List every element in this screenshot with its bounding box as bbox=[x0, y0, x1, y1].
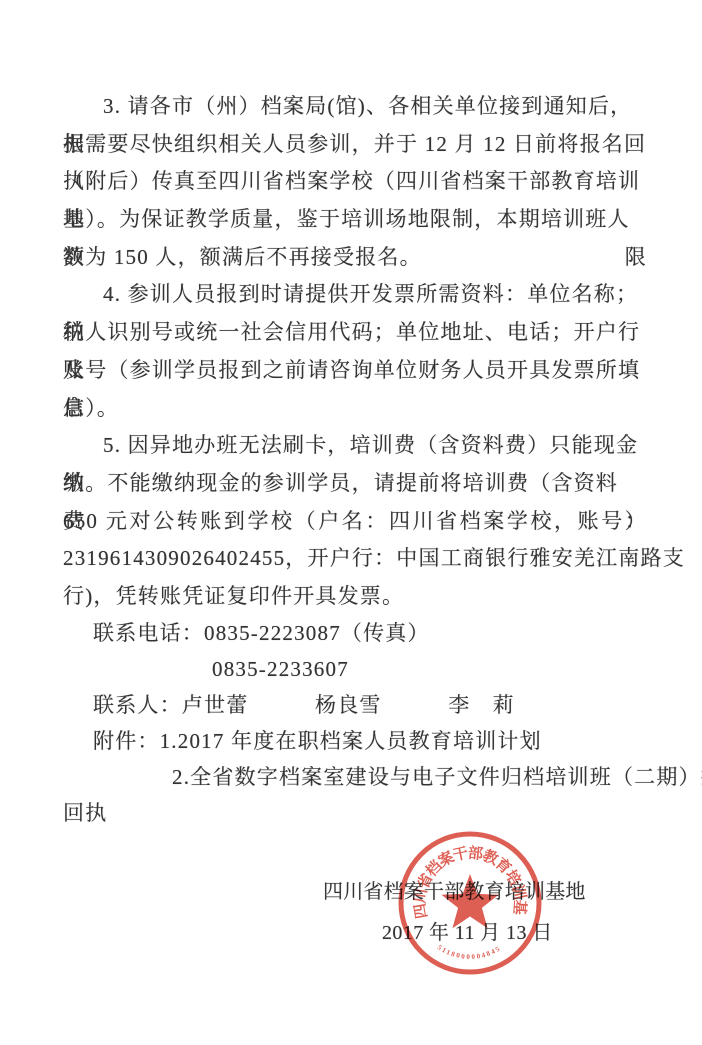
body-line: （附后）传真至四川省档案学校（四川省档案干部教育培训基 bbox=[63, 163, 647, 201]
body-line: 2319614309026402455，开户行：中国工商银行雅安羌江南路支 bbox=[63, 540, 647, 578]
body-line: 账号（参训学员报到之前请咨询单位财务人员开具发票所填信 bbox=[63, 352, 647, 390]
contact-phone-line2: 0835-2233607 bbox=[63, 651, 663, 687]
seal-ring bbox=[401, 834, 539, 972]
contact-persons: 联系人：卢世蕾 杨良雪 李 莉 bbox=[63, 687, 663, 723]
signature-date: 2017 年 11 月 13 日 bbox=[382, 922, 553, 944]
body-line: 650 元对公转账到学校（户名：四川省档案学校，账号： bbox=[63, 503, 647, 541]
svg-text:四川省档案干部教育培训基地: 四川省档案干部教育培训基地 bbox=[395, 828, 529, 920]
svg-text:5118000004845: 5118000004845 bbox=[436, 943, 503, 961]
body-line: 3. 请各市（州）档案局(馆)、各相关单位接到通知后，根 bbox=[63, 88, 647, 126]
signature-org: 四川省档案干部教育培训基地 bbox=[323, 881, 586, 903]
body-line: 5. 因异地办班无法刷卡，培训费（含资料费）只能现金缴 bbox=[63, 427, 647, 465]
contact-block: 联系电话：0835-2223087（传真） 0835-2233607 联系人：卢… bbox=[63, 615, 663, 831]
seal-code-text: 5118000004845 bbox=[436, 943, 503, 961]
document-body: 3. 请各市（州）档案局(馆)、各相关单位接到通知后，根 据需要尽快组织相关人员… bbox=[63, 88, 647, 616]
body-line: 税人识别号或统一社会信用代码；单位地址、电话；开户行及 bbox=[63, 314, 647, 352]
attachment-line-3: 回执 bbox=[63, 795, 663, 831]
body-line: 4. 参训人员报到时请提供开发票所需资料：单位名称；纳 bbox=[63, 276, 647, 314]
attachment-line-1: 附件：1.2017 年度在职档案人员教育培训计划 bbox=[63, 723, 663, 759]
body-line: 据需要尽快组织相关人员参训，并于 12 月 12 日前将报名回执 bbox=[63, 126, 647, 164]
attachment-line-2: 2.全省数字档案室建设与电子文件归档培训班（二期）报名 bbox=[63, 759, 663, 795]
document-page: 3. 请各市（州）档案局(馆)、各相关单位接到通知后，根 据需要尽快组织相关人员… bbox=[0, 0, 702, 1045]
body-line: 行)，凭转账凭证复印件开具发票。 bbox=[63, 578, 647, 616]
contact-phone-line1: 联系电话：0835-2223087（传真） bbox=[63, 615, 663, 651]
body-line: 息）。 bbox=[63, 390, 647, 428]
official-seal: 四川省档案干部教育培训基地 5118000004845 bbox=[395, 828, 545, 978]
body-line: 纳。不能缴纳现金的参训学员，请提前将培训费（含资料费） bbox=[63, 465, 647, 503]
body-line: 地）。为保证教学质量，鉴于培训场地限制，本期培训班人数限 bbox=[63, 201, 647, 239]
seal-arc-text: 四川省档案干部教育培训基地 bbox=[395, 828, 529, 920]
